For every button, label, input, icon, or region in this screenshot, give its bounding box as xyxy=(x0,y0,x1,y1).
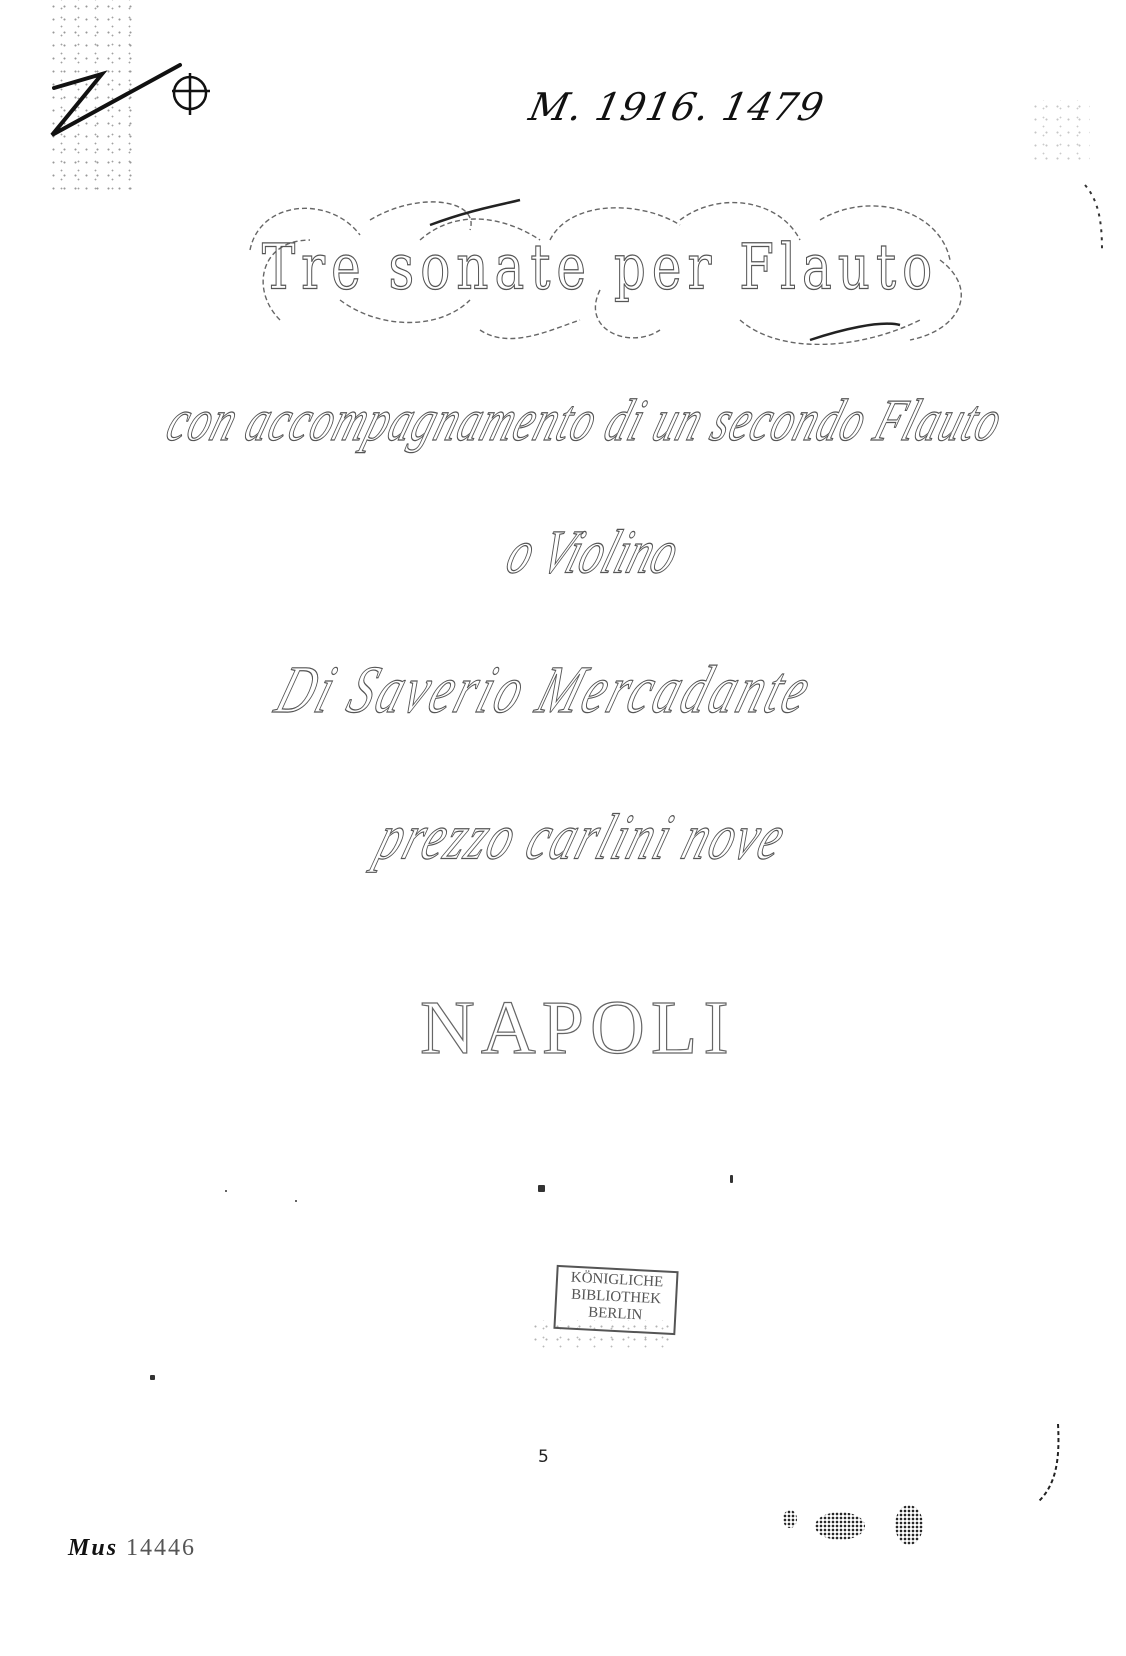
stamp-smudge xyxy=(530,1320,670,1350)
scan-noise xyxy=(1030,100,1090,160)
ink-blot xyxy=(783,1510,797,1528)
call-number-prefix: Mus xyxy=(68,1535,118,1561)
price-line: prezzo carlini nove xyxy=(368,800,796,874)
subtitle-accompaniment: con accompagnamento di un secondo Flauto xyxy=(159,386,1012,455)
title-cartouche: Tre sonate per Flauto xyxy=(220,180,980,345)
shelf-mark: M. 1916. 1479 xyxy=(525,85,828,129)
ink-blot xyxy=(815,1512,865,1540)
corner-pencil-mark xyxy=(40,55,210,145)
call-number-value: 14446 xyxy=(126,1535,196,1561)
ink-dot xyxy=(150,1375,155,1380)
ink-dot xyxy=(730,1175,733,1183)
ink-blot xyxy=(895,1505,923,1545)
ink-dot xyxy=(295,1200,297,1202)
call-number: Mus 14446 xyxy=(68,1535,196,1562)
margin-arc xyxy=(1010,1420,1070,1520)
ink-dot xyxy=(225,1190,227,1192)
page-number: 5 xyxy=(538,1447,549,1467)
composer-name: Di Saverio Mercadante xyxy=(267,650,823,728)
ink-dot xyxy=(538,1185,545,1192)
title: Tre sonate per Flauto xyxy=(220,231,980,304)
subtitle-instrument: o Violino xyxy=(498,516,688,588)
margin-arc xyxy=(1080,180,1110,360)
publication-place: NAPOLI xyxy=(420,985,735,1072)
scanned-title-page: M. 1916. 1479 Tre sonate xyxy=(0,0,1126,1656)
